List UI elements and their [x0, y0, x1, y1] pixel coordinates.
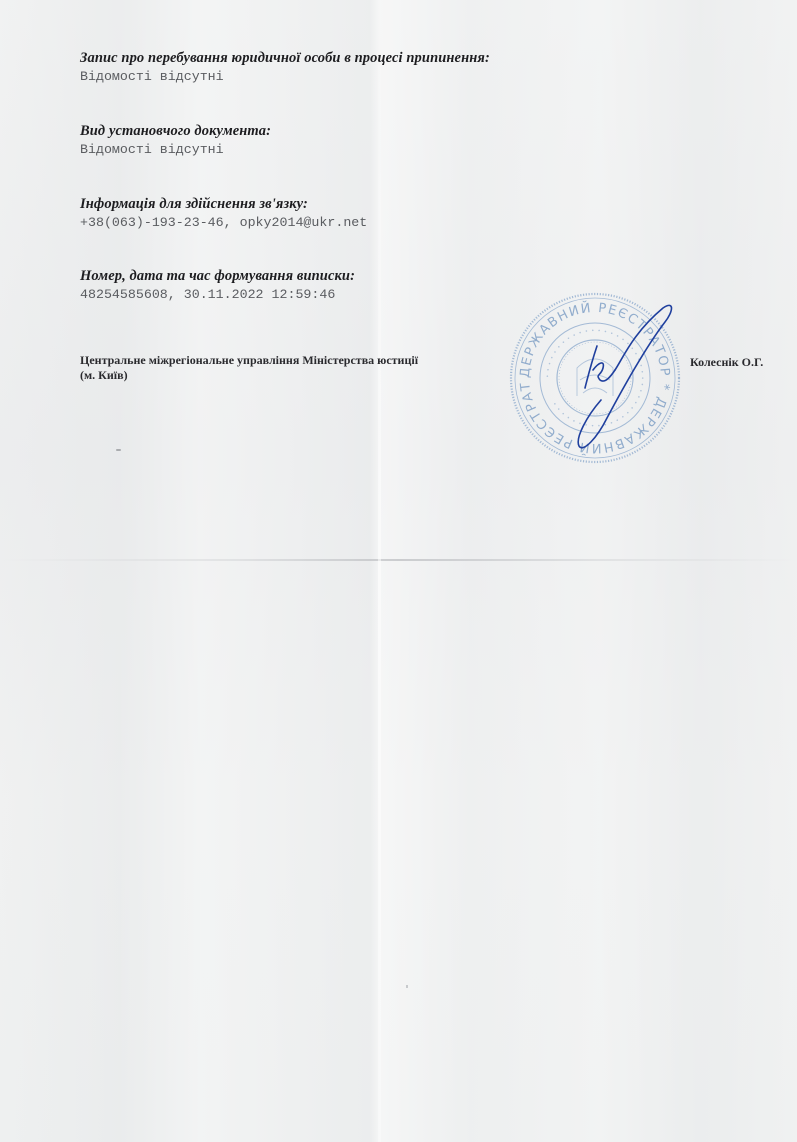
signer-name: Колеснік О.Г.	[690, 355, 763, 370]
paper-speck	[116, 449, 121, 451]
paper-fold-horizontal	[0, 559, 797, 561]
stamp-seal-icon: ДЕРЖАВНИЙ РЕЄСТРАТОР * ДЕРЖАВНИЙ РЕЄСТРА…	[505, 288, 685, 468]
section-founding-document-type: Вид установчого документа: Відомості від…	[80, 123, 271, 158]
svg-text:∙ ∙ ∙ ∙ ∙ ∙ ∙ ∙ ∙ ∙ ∙ ∙ ∙ ∙ ∙: ∙ ∙ ∙ ∙ ∙ ∙ ∙ ∙ ∙ ∙ ∙ ∙ ∙ ∙ ∙ ∙ ∙ ∙ ∙ ∙ …	[545, 328, 645, 428]
paper-fold-vertical	[378, 0, 381, 1142]
issuing-organization: Центральне міжрегіональне управління Мін…	[80, 353, 425, 383]
section-contact-info: Інформація для здійснення зв'язку: +38(0…	[80, 196, 367, 231]
section-value: +38(063)-193-23-46, opky2014@ukr.net	[80, 214, 367, 231]
official-stamp: ДЕРЖАВНИЙ РЕЄСТРАТОР * ДЕРЖАВНИЙ РЕЄСТРА…	[505, 288, 685, 468]
section-label: Запис про перебування юридичної особи в …	[80, 50, 490, 67]
section-extract-number-date: Номер, дата та час формування виписки: 4…	[80, 268, 355, 303]
section-label: Номер, дата та час формування виписки:	[80, 268, 355, 285]
section-value: Відомості відсутні	[80, 68, 490, 85]
paper-speck	[406, 985, 408, 988]
section-label: Інформація для здійснення зв'язку:	[80, 196, 367, 213]
section-value: 48254585608, 30.11.2022 12:59:46	[80, 286, 355, 303]
section-label: Вид установчого документа:	[80, 123, 271, 140]
section-liquidation-record: Запис про перебування юридичної особи в …	[80, 50, 490, 85]
section-value: Відомості відсутні	[80, 141, 271, 158]
